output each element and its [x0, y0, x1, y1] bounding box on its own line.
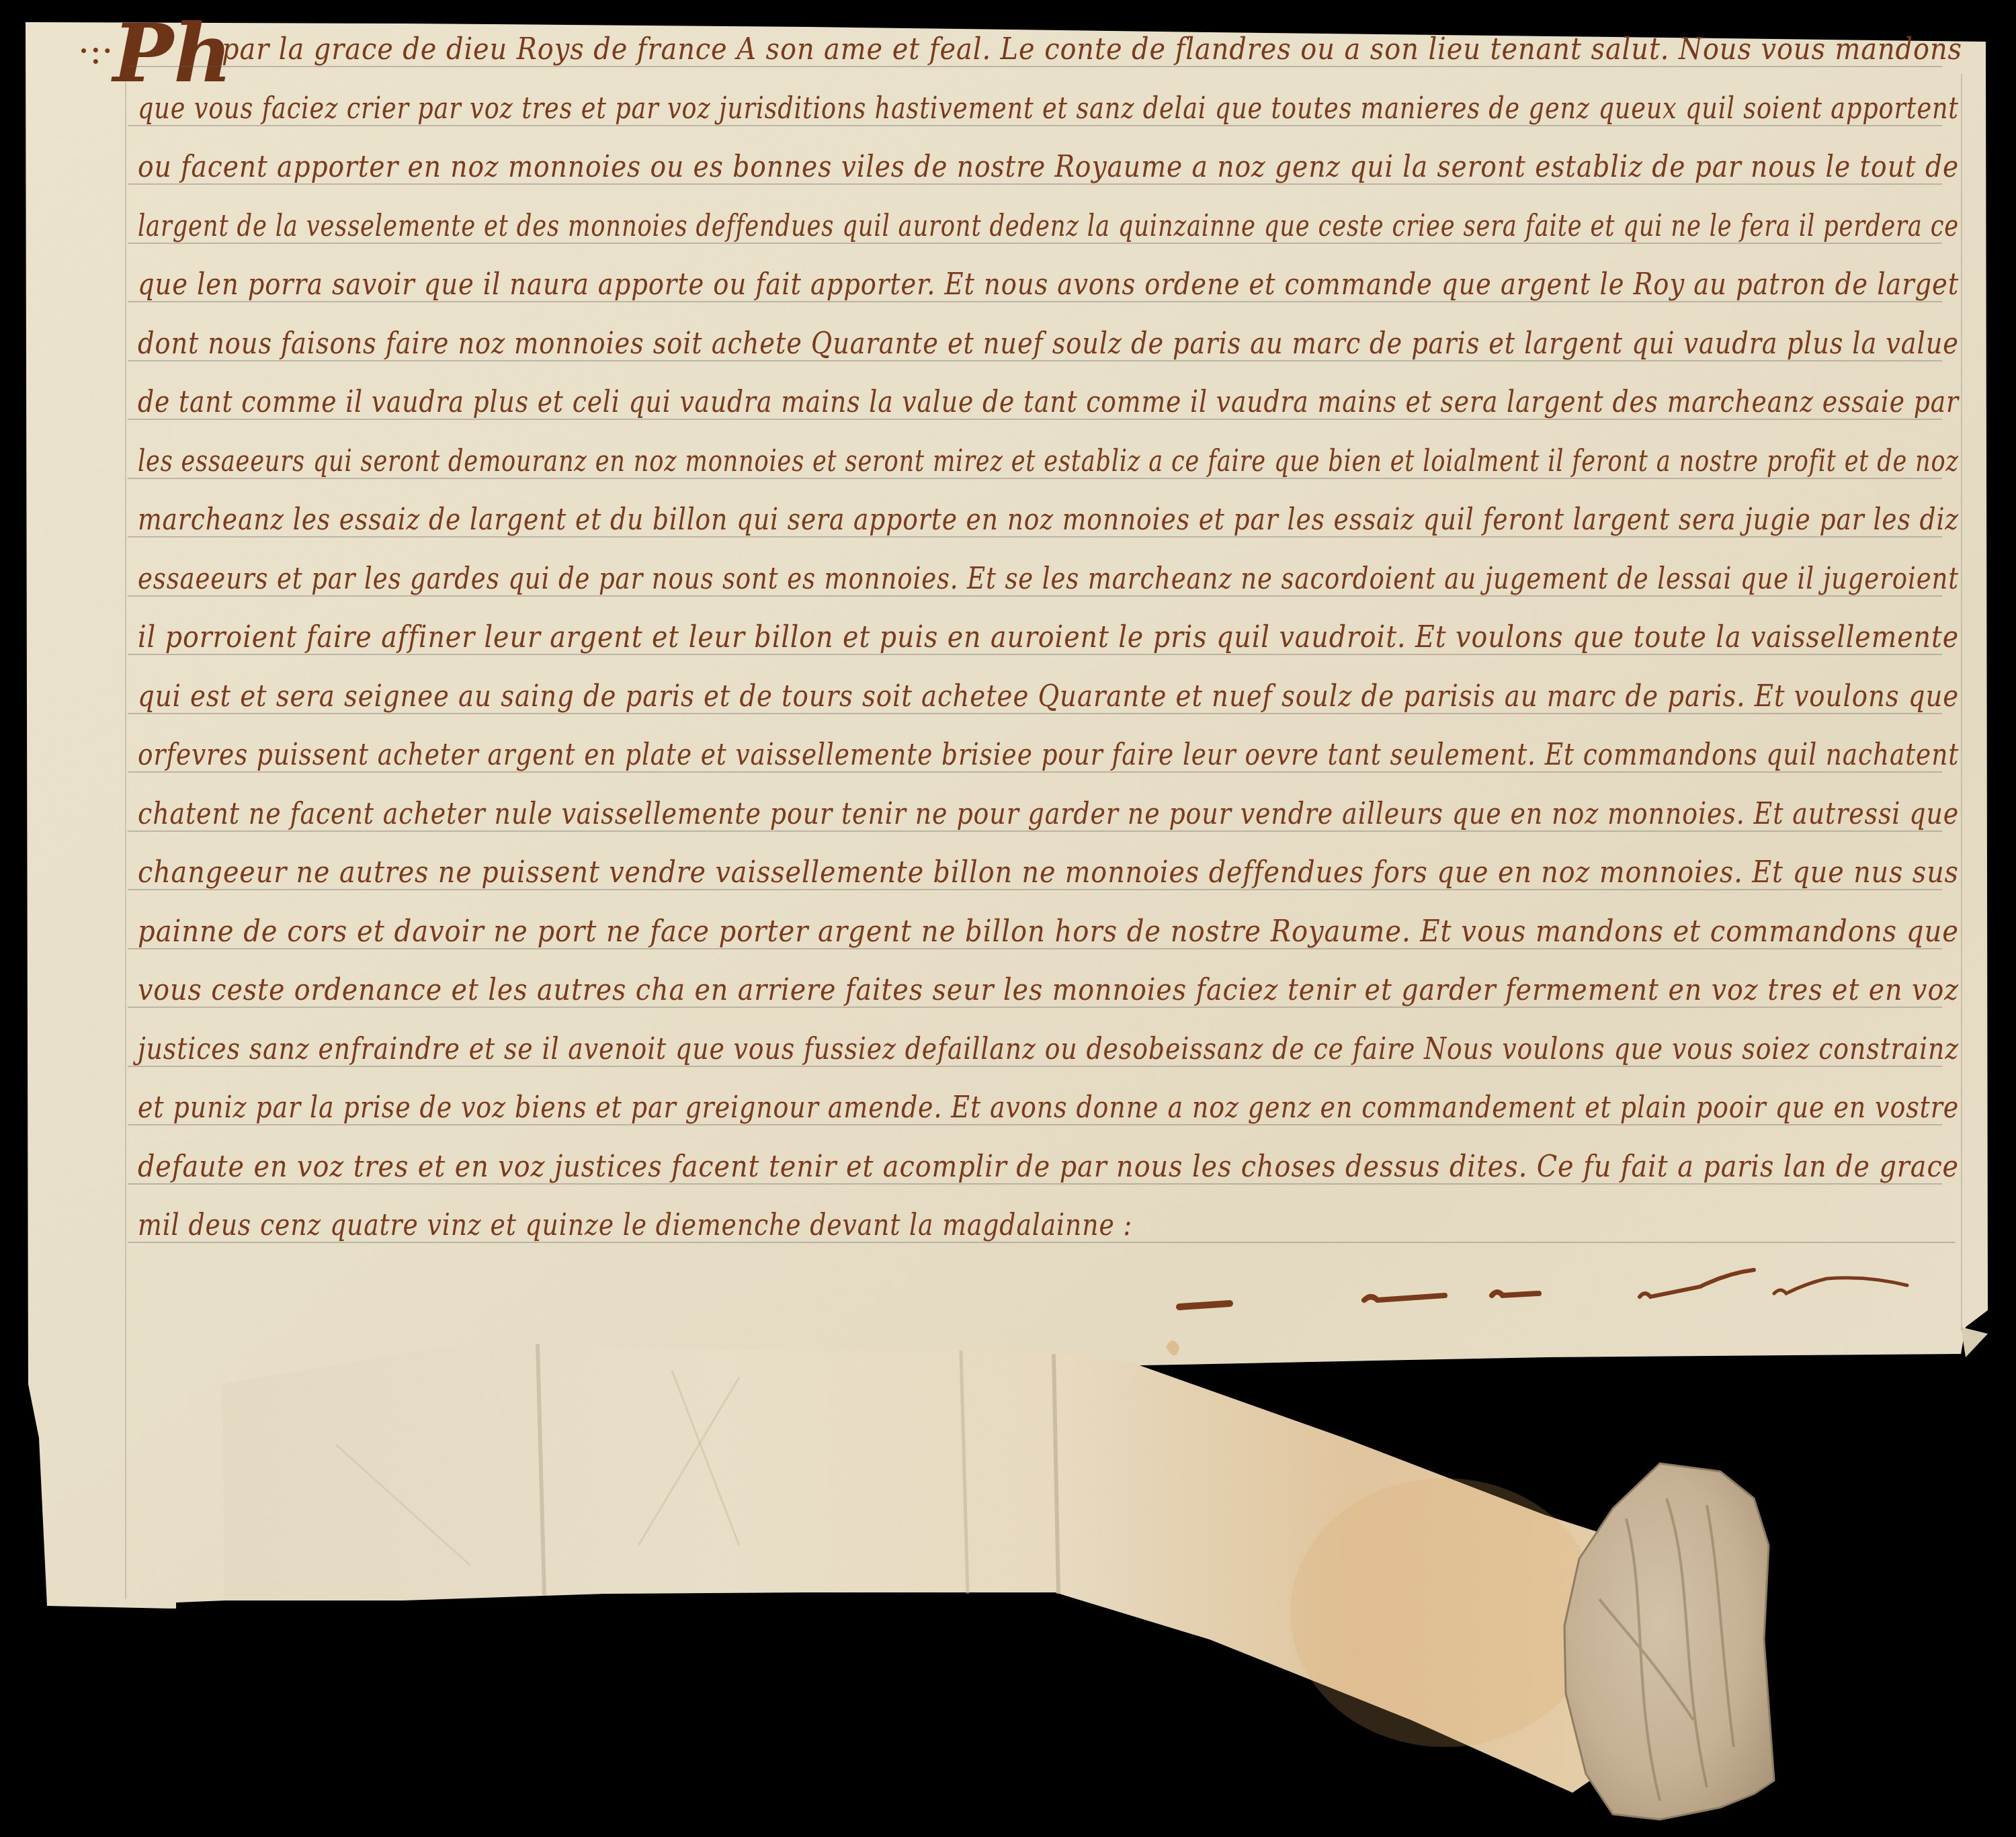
filler-dash-2	[1364, 1295, 1445, 1300]
filler-dash-3	[1492, 1292, 1539, 1295]
manuscript-scan: ·:· Ph par la grace de dieu Roys de fran…	[0, 0, 2016, 1837]
filler-dash-5	[1774, 1278, 1907, 1293]
filler-dash-4	[1640, 1270, 1754, 1297]
line-end-flourishes	[0, 0, 2016, 1411]
filler-dash-1	[1179, 1304, 1230, 1307]
